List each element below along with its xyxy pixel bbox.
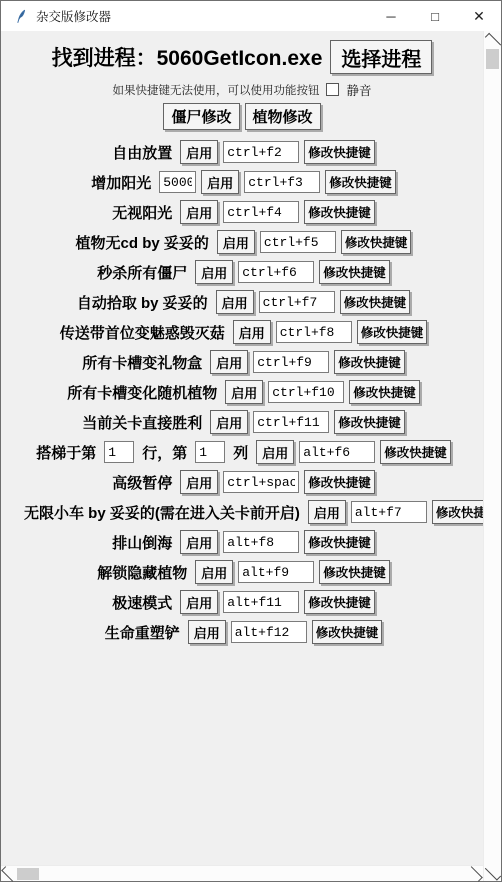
modify-hotkey-button[interactable]: 修改快捷键 [312,620,383,644]
cheat-row: 所有卡槽变礼物盒启用修改快捷键 [1,349,483,375]
hotkey-input[interactable] [231,621,307,643]
scroll-right-button[interactable] [467,866,483,881]
app-window: 杂交版修改器 ─ □ ✕ 找到进程：5060GetIcon.exe 选择进程 如… [0,0,502,882]
hotkey-input[interactable] [244,171,320,193]
hotkey-input[interactable] [223,471,299,493]
hotkey-input[interactable] [223,591,299,613]
zombie-modify-button[interactable]: 僵尸修改 [163,103,239,130]
cheat-row: 搭梯于第行，第列启用修改快捷键 [1,439,483,465]
modify-hotkey-button[interactable]: 修改快捷键 [357,320,428,344]
window-content: 找到进程：5060GetIcon.exe 选择进程 如果快捷键无法使用，可以使用… [1,31,501,881]
enable-button[interactable]: 启用 [210,410,248,434]
cheat-label: 排山倒海 [112,532,172,553]
hotkey-input[interactable] [253,411,329,433]
cheat-row: 所有卡槽变化随机植物启用修改快捷键 [1,379,483,405]
vertical-scrollbar-thumb[interactable] [486,49,499,69]
cheat-row: 自由放置启用修改快捷键 [1,139,483,165]
cheat-row: 无限小车 by 妥妥的(需在进入关卡前开启)启用修改快捷键 [1,499,483,525]
hotkey-input[interactable] [223,201,299,223]
scroll-up-button[interactable] [484,31,501,48]
horizontal-scrollbar-thumb[interactable] [17,868,39,880]
modify-hotkey-button[interactable]: 修改快捷键 [340,290,411,314]
window-title: 杂交版修改器 [36,7,111,25]
enable-button[interactable]: 启用 [188,620,226,644]
enable-button[interactable]: 启用 [180,470,218,494]
python-feather-icon [13,9,28,24]
cheat-label: 生命重塑铲 [105,622,180,643]
cheat-label: 自由放置 [112,142,172,163]
cheat-label: 列 [233,442,248,463]
enable-button[interactable]: 启用 [210,350,248,374]
value-input[interactable] [159,171,196,193]
maximize-button[interactable]: □ [413,1,457,31]
cheat-label: 无限小车 by 妥妥的(需在进入关卡前开启) [24,502,300,523]
enable-button[interactable]: 启用 [195,260,233,284]
hotkey-input[interactable] [299,441,375,463]
minimize-button[interactable]: ─ [369,1,413,31]
modify-hotkey-button[interactable]: 修改快捷键 [304,530,375,554]
cheat-label: 搭梯于第 [36,442,96,463]
plant-modify-button[interactable]: 植物修改 [245,103,321,130]
cheat-row: 增加阳光启用修改快捷键 [1,169,483,195]
hotkey-input[interactable] [238,261,314,283]
enable-button[interactable]: 启用 [201,170,239,194]
enable-button[interactable]: 启用 [180,590,218,614]
modify-hotkey-button[interactable]: 修改快捷键 [304,140,375,164]
scroll-down-button[interactable] [484,864,501,881]
main-canvas: 找到进程：5060GetIcon.exe 选择进程 如果快捷键无法使用，可以使用… [1,31,483,865]
cheat-row: 传送带首位变魅惑毁灭菇启用修改快捷键 [1,319,483,345]
enable-button[interactable]: 启用 [225,380,263,404]
hotkey-input[interactable] [253,351,329,373]
window-controls: ─ □ ✕ [369,1,501,31]
hotkey-input[interactable] [276,321,352,343]
cheat-label: 传送带首位变魅惑毁灭菇 [60,322,225,343]
cheat-row: 当前关卡直接胜利启用修改快捷键 [1,409,483,435]
enable-button[interactable]: 启用 [195,560,233,584]
modify-hotkey-button[interactable]: 修改快捷键 [304,590,375,614]
process-header: 找到进程：5060GetIcon.exe 选择进程 [1,39,483,75]
ladder-row-input[interactable] [104,441,134,463]
chevron-down-icon [484,864,500,880]
cheat-label: 无视阳光 [112,202,172,223]
hotkey-input[interactable] [351,501,427,523]
modify-hotkey-button[interactable]: 修改快捷键 [334,410,405,434]
cheat-label: 自动拾取 by 妥妥的 [77,292,208,313]
hotkey-input[interactable] [238,561,314,583]
ladder-col-input[interactable] [195,441,225,463]
cheat-row: 无视阳光启用修改快捷键 [1,199,483,225]
enable-button[interactable]: 启用 [256,440,294,464]
hotkey-input[interactable] [259,291,335,313]
modify-hotkey-button[interactable]: 修改快捷键 [319,560,390,584]
modify-hotkey-button[interactable]: 修改快捷键 [341,230,412,254]
chevron-up-icon [484,33,500,49]
chevron-right-icon [467,866,483,882]
cheat-label: 所有卡槽变礼物盒 [82,352,202,373]
modify-hotkey-button[interactable]: 修改快捷键 [380,440,451,464]
mute-checkbox[interactable] [326,83,339,96]
modify-hotkey-button[interactable]: 修改快捷键 [304,470,375,494]
hotkey-input[interactable] [223,531,299,553]
select-process-button[interactable]: 选择进程 [330,40,432,74]
enable-button[interactable]: 启用 [233,320,271,344]
enable-button[interactable]: 启用 [180,530,218,554]
hotkey-input[interactable] [268,381,344,403]
cheat-row: 生命重塑铲启用修改快捷键 [1,619,483,645]
modify-hotkey-button[interactable]: 修改快捷键 [349,380,420,404]
modify-hotkey-button[interactable]: 修改快捷键 [304,200,375,224]
cheat-row: 排山倒海启用修改快捷键 [1,529,483,555]
mode-buttons-row: 僵尸修改 植物修改 [1,103,483,130]
close-button[interactable]: ✕ [457,1,501,31]
hotkey-input[interactable] [260,231,336,253]
cheat-label: 秒杀所有僵尸 [97,262,187,283]
cheat-row: 自动拾取 by 妥妥的启用修改快捷键 [1,289,483,315]
cheat-row: 高级暂停启用修改快捷键 [1,469,483,495]
cheat-label: 所有卡槽变化随机植物 [67,382,217,403]
cheat-row: 解锁隐藏植物启用修改快捷键 [1,559,483,585]
horizontal-scrollbar[interactable] [1,865,483,881]
hotkey-input[interactable] [223,141,299,163]
enable-button[interactable]: 启用 [216,290,254,314]
cheat-row: 极速模式启用修改快捷键 [1,589,483,615]
title-bar: 杂交版修改器 ─ □ ✕ [1,1,501,31]
cheat-label: 解锁隐藏植物 [97,562,187,583]
modify-hotkey-button[interactable]: 修改快捷键 [432,500,483,524]
cheat-row: 秒杀所有僵尸启用修改快捷键 [1,259,483,285]
cheat-label: 极速模式 [112,592,172,613]
cheat-label: 增加阳光 [91,172,151,193]
modify-hotkey-button[interactable]: 修改快捷键 [325,170,396,194]
vertical-scrollbar[interactable] [483,31,501,881]
enable-button[interactable]: 启用 [180,200,218,224]
modify-hotkey-button[interactable]: 修改快捷键 [319,260,390,284]
enable-button[interactable]: 启用 [217,230,255,254]
hint-row: 如果快捷键无法使用，可以使用功能按钮 静音 [1,81,483,98]
found-process-label: 找到进程：5060GetIcon.exe [52,42,323,72]
chevron-left-icon [1,866,17,882]
cheat-row: 植物无cd by 妥妥的启用修改快捷键 [1,229,483,255]
hotkey-hint-text: 如果快捷键无法使用，可以使用功能按钮 [112,82,319,98]
cheat-label: 植物无cd by 妥妥的 [76,232,209,253]
cheat-label: 行，第 [142,442,187,463]
cheat-label: 当前关卡直接胜利 [82,412,202,433]
scroll-left-button[interactable] [1,866,17,881]
mute-label: 静音 [346,81,371,99]
cheat-label: 高级暂停 [112,472,172,493]
enable-button[interactable]: 启用 [308,500,346,524]
modify-hotkey-button[interactable]: 修改快捷键 [334,350,405,374]
enable-button[interactable]: 启用 [180,140,218,164]
cheat-rows: 自由放置启用修改快捷键增加阳光启用修改快捷键无视阳光启用修改快捷键植物无cd b… [1,139,483,645]
